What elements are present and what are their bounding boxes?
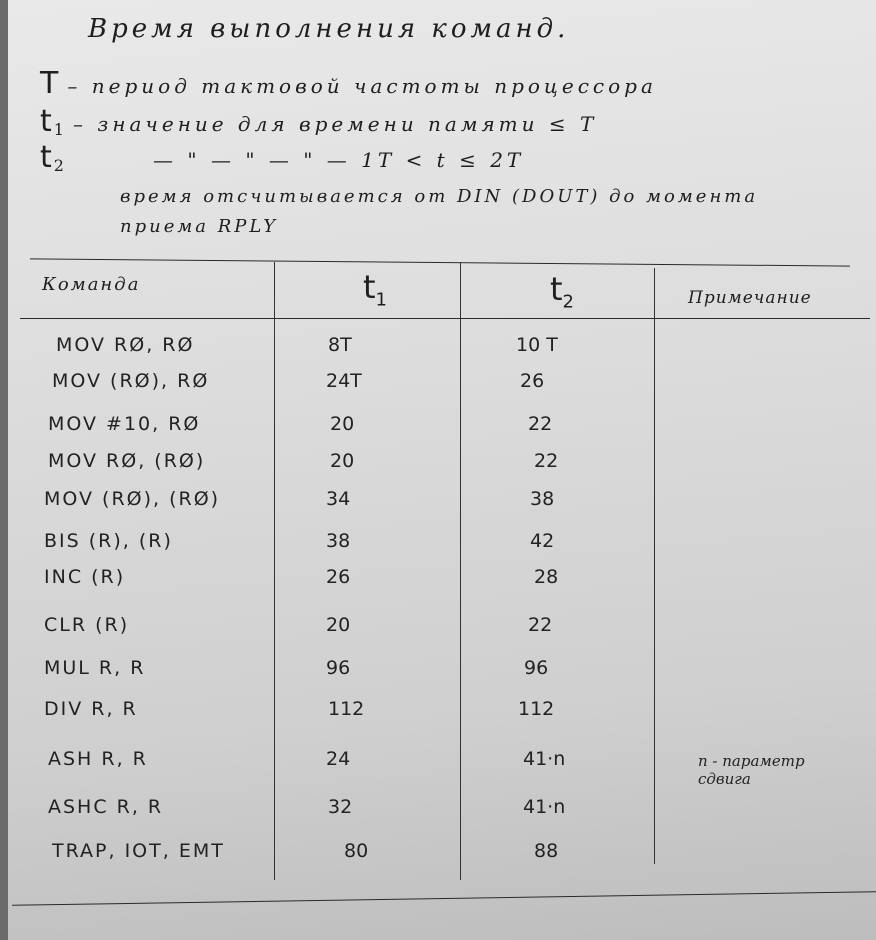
cell-t1: 20 [330, 413, 354, 435]
cell-t1: 112 [328, 698, 364, 720]
cell-t1: 96 [326, 657, 350, 679]
cell-command: MOV (RØ), RØ [52, 370, 209, 392]
cell-t2: 41·n [523, 796, 565, 818]
cell-command: MOV (RØ), (RØ) [44, 488, 220, 510]
note-line: время отсчитывается от DIN (DOUT) до мом… [120, 186, 758, 207]
column-divider [274, 262, 275, 880]
cell-t2: 22 [528, 614, 552, 636]
cell-t1: 32 [328, 796, 352, 818]
definition-text: – значение для времени памяти ≤ T [73, 112, 597, 136]
cell-t2: 96 [524, 657, 548, 679]
column-divider [654, 268, 655, 864]
table-bottom-rule [12, 891, 876, 906]
definition-symbol: t [40, 140, 54, 175]
cell-command: ASHC R, R [48, 796, 163, 818]
cell-t2: 42 [530, 530, 554, 552]
cell-command: CLR (R) [44, 614, 129, 636]
definition-subscript: 1 [54, 120, 66, 139]
definition-text: — " — " — " — 1T < t ≤ 2T [153, 148, 524, 172]
cell-t1: 38 [326, 530, 350, 552]
cell-command: MUL R, R [44, 657, 145, 679]
cell-t2: 10 T [516, 334, 558, 356]
cell-t2: 22 [534, 450, 558, 472]
column-header-t2: t2 [550, 270, 574, 312]
cell-t2: 41·n [523, 748, 565, 770]
header-symbol: t [550, 270, 563, 308]
cell-t2: 26 [520, 370, 544, 392]
cell-remark: n - параметр сдвига [698, 752, 828, 788]
cell-t1: 24T [326, 370, 362, 392]
cell-t2: 38 [530, 488, 554, 510]
definition-symbol: T [40, 66, 60, 101]
header-subscript: 2 [563, 291, 574, 312]
definition-text: – период тактовой частоты процессора [67, 74, 656, 98]
note-line: приема RPLY [120, 216, 278, 237]
cell-t1: 26 [326, 566, 350, 588]
cell-t2: 88 [534, 840, 558, 862]
column-header-remark: Примечание [688, 288, 812, 308]
table-top-rule [30, 258, 850, 266]
definition-t2: t2 — " — " — " — 1T < t ≤ 2T [40, 140, 524, 175]
column-header-command: Команда [42, 274, 140, 295]
handwritten-page: Время выполнения команд. T – период такт… [8, 0, 876, 940]
column-header-t1: t1 [363, 268, 387, 310]
definition-t1: t1 – значение для времени памяти ≤ T [40, 104, 597, 139]
cell-command: INC (R) [44, 566, 125, 588]
cell-command: MOV RØ, RØ [56, 334, 194, 356]
definition-subscript: 2 [54, 156, 66, 175]
header-subscript: 1 [376, 289, 387, 310]
cell-command: ASH R, R [48, 748, 148, 770]
cell-command: BIS (R), (R) [44, 530, 173, 552]
cell-t1: 20 [330, 450, 354, 472]
cell-t1: 80 [344, 840, 368, 862]
cell-t1: 24 [326, 748, 350, 770]
cell-command: MOV RØ, (RØ) [48, 450, 205, 472]
cell-t2: 22 [528, 413, 552, 435]
cell-t1: 8T [328, 334, 352, 356]
definition-T: T – период тактовой частоты процессора [40, 66, 657, 101]
cell-t2: 112 [518, 698, 554, 720]
cell-command: DIV R, R [44, 698, 138, 720]
cell-command: MOV #10, RØ [48, 413, 200, 435]
column-divider [460, 262, 461, 880]
cell-t2: 28 [534, 566, 558, 588]
cell-command: TRAP, IOT, EMT [52, 840, 225, 862]
definition-symbol: t [40, 104, 54, 139]
page-title: Время выполнения команд. [88, 14, 569, 44]
table-header-rule [20, 318, 870, 319]
cell-t1: 34 [326, 488, 350, 510]
cell-t1: 20 [326, 614, 350, 636]
header-symbol: t [363, 268, 376, 306]
